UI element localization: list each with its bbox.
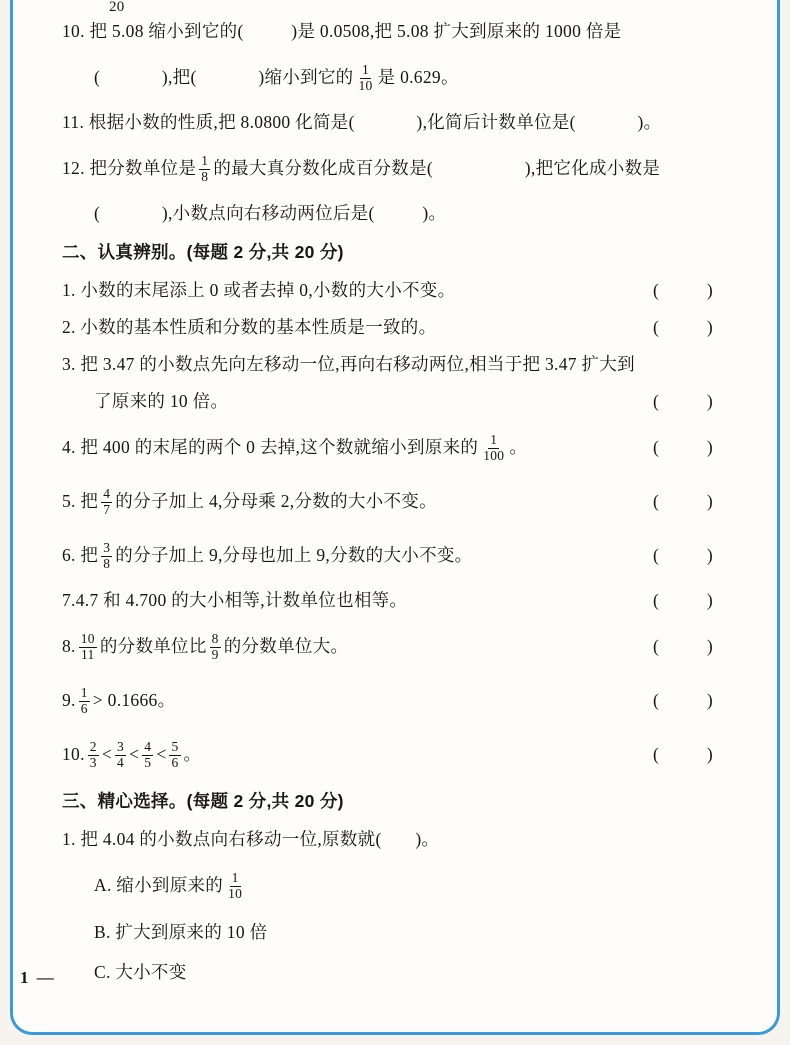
fraction-denominator: 8 [101, 557, 112, 572]
tf-10: 10.23 < 34 < 45 < 56。() [62, 727, 713, 781]
text-run: 20 [109, 0, 125, 13]
open-paren: ( [570, 111, 576, 134]
fraction: 89 [210, 632, 221, 663]
fraction-denominator: 10 [356, 79, 374, 94]
tf-8: 8.1011的分数单位比89的分数单位大。() [62, 619, 713, 673]
open-paren: ( [94, 66, 100, 89]
fraction-numerator: 3 [115, 740, 126, 756]
text-run: 的分数单位大。 [224, 635, 349, 658]
text-run: > 0.1666。 [93, 689, 176, 712]
line-segments: 三、精心选择。(每题 2 分,共 20 分) [62, 790, 344, 813]
tf-3-line2: 了原来的 10 倍。() [62, 383, 713, 420]
answer-blank: () [570, 111, 644, 134]
close-paren: ) [707, 436, 713, 459]
text-run: 是 0.0508,把 5.08 扩大到原来的 1000 倍是 [297, 20, 621, 43]
answer-blank: () [375, 828, 421, 851]
text-run: 的分子加上 4,分母乘 2,分数的大小不变。 [115, 490, 437, 513]
tf-3-line1: 3. 把 3.47 的小数点先向左移动一位,再向右移动两位,相当于把 3.47 … [62, 346, 713, 383]
tf-answer-parens: () [653, 743, 713, 766]
close-paren: ) [707, 390, 713, 413]
open-paren: ( [653, 544, 659, 567]
text-run: 6. 把 [62, 544, 98, 567]
line-segments: 7.4.7 和 4.700 的大小相等,计数单位也相等。 [62, 589, 407, 612]
fraction-denominator: 100 [481, 449, 506, 464]
text-run: 3. 把 3.47 的小数点先向左移动一位,再向右移动两位,相当于把 3.47 … [62, 353, 635, 376]
section3-header: 三、精心选择。(每题 2 分,共 20 分) [62, 781, 713, 821]
text-run: 的最大真分数化成百分数是 [213, 157, 427, 180]
q12-line1: 12. 把分数单位是18的最大真分数化成百分数是(),把它化成小数是 [62, 141, 713, 195]
text-run: 是 0.629。 [378, 66, 459, 89]
text-run: 4. 把 400 的末尾的两个 0 去掉,这个数就缩小到原来的 [62, 436, 478, 459]
text-run: 二、认真辨别。(每题 2 分,共 20 分) [62, 241, 344, 264]
line-segments: 了原来的 10 倍。 [94, 390, 228, 413]
text-run: 1. 把 4.04 的小数点向右移动一位,原数就 [62, 828, 375, 851]
fragment-prev-denominator: 20 [62, 0, 713, 13]
line-segments: 1. 小数的末尾添上 0 或者去掉 0,小数的大小不变。 [62, 279, 455, 302]
text-run: 9. [62, 689, 76, 712]
text-run: 缩小到它的 [264, 66, 353, 89]
fraction: 56 [169, 740, 180, 771]
line-segments: 10.23 < 34 < 45 < 56。 [62, 738, 201, 771]
fraction-denominator: 3 [88, 756, 99, 771]
answer-blank: () [427, 157, 531, 180]
open-paren: ( [190, 66, 196, 89]
tf-1: 1. 小数的末尾添上 0 或者去掉 0,小数的大小不变。() [62, 272, 713, 309]
fraction-numerator: 1 [79, 686, 90, 702]
close-paren: ) [707, 589, 713, 612]
fraction: 34 [115, 740, 126, 771]
close-paren: ) [707, 316, 713, 339]
answer-blank: () [349, 111, 423, 134]
line-segments: 3. 把 3.47 的小数点先向左移动一位,再向右移动两位,相当于把 3.47 … [62, 353, 635, 376]
fraction-denominator: 8 [199, 170, 210, 185]
text-run: ,把它化成小数是 [531, 157, 660, 180]
fraction: 23 [88, 740, 99, 771]
text-run: 11. 根据小数的性质,把 8.0800 化简是 [62, 111, 349, 134]
fraction: 1011 [79, 632, 97, 663]
fraction-numerator: 5 [169, 740, 180, 756]
open-paren: ( [368, 202, 374, 225]
text-run: 。 [428, 202, 446, 225]
page-frame: 2010. 把 5.08 缩小到它的()是 0.0508,把 5.08 扩大到原… [10, 0, 780, 1035]
worksheet-page: 2010. 把 5.08 缩小到它的()是 0.0508,把 5.08 扩大到原… [0, 0, 790, 1045]
text-run: 。 [184, 743, 202, 766]
open-paren: ( [237, 20, 243, 43]
fraction: 1100 [481, 433, 506, 464]
tf-answer-parens: () [653, 390, 713, 413]
open-paren: ( [653, 589, 659, 612]
open-paren: ( [653, 689, 659, 712]
text-run: 12. 把分数单位是 [62, 157, 196, 180]
open-paren: ( [349, 111, 355, 134]
line-segments: 9.16 > 0.1666。 [62, 684, 175, 717]
line-segments: 6. 把38的分子加上 9,分母也加上 9,分数的大小不变。 [62, 539, 472, 572]
line-segments: (),小数点向右移动两位后是()。 [94, 202, 446, 225]
q10-line2: (),把()缩小到它的110是 0.629。 [62, 50, 713, 104]
fraction-numerator: 3 [101, 541, 112, 557]
fraction-denominator: 5 [142, 756, 153, 771]
fraction-denominator: 4 [115, 756, 126, 771]
answer-blank: () [94, 202, 168, 225]
close-paren: ) [707, 689, 713, 712]
fraction-denominator: 10 [226, 887, 244, 902]
tf-answer-parens: () [653, 316, 713, 339]
tf-answer-parens: () [653, 635, 713, 658]
close-paren: ) [707, 743, 713, 766]
text-run: C. 大小不变 [94, 961, 187, 984]
line-segments: B. 扩大到原来的 10 倍 [94, 921, 267, 944]
tf-answer-parens: () [653, 689, 713, 712]
open-paren: ( [375, 828, 381, 851]
text-run: ,化简后计数单位是 [423, 111, 570, 134]
text-run: < [156, 743, 166, 766]
text-run: 2. 小数的基本性质和分数的基本性质是一致的。 [62, 316, 436, 339]
q11: 11. 根据小数的性质,把 8.0800 化简是(),化简后计数单位是()。 [62, 104, 713, 141]
line-segments: A. 缩小到原来的110 [94, 869, 247, 902]
page-number: 1 — [20, 968, 56, 988]
fraction-numerator: 1 [360, 63, 371, 79]
line-segments: 二、认真辨别。(每题 2 分,共 20 分) [62, 241, 344, 264]
fraction-denominator: 6 [169, 756, 180, 771]
fraction: 45 [142, 740, 153, 771]
open-paren: ( [653, 279, 659, 302]
text-run: 10. 把 5.08 缩小到它的 [62, 20, 237, 43]
mc-1-option-c: C. 大小不变 [62, 952, 713, 992]
fraction-numerator: 10 [79, 632, 97, 648]
mc-1: 1. 把 4.04 的小数点向右移动一位,原数就()。 [62, 821, 713, 858]
text-run: 。 [644, 111, 662, 134]
text-run: 的分数单位比 [100, 635, 207, 658]
line-segments: 20 [109, 0, 125, 13]
text-run: 5. 把 [62, 490, 98, 513]
text-run: 1. 小数的末尾添上 0 或者去掉 0,小数的大小不变。 [62, 279, 455, 302]
fraction-denominator: 7 [101, 503, 112, 518]
tf-answer-parens: () [653, 490, 713, 513]
text-run: 10. [62, 743, 85, 766]
mc-1-option-b: B. 扩大到原来的 10 倍 [62, 912, 713, 952]
tf-5: 5. 把47的分子加上 4,分母乘 2,分数的大小不变。() [62, 474, 713, 528]
line-segments: 5. 把47的分子加上 4,分母乘 2,分数的大小不变。 [62, 485, 437, 518]
tf-2: 2. 小数的基本性质和分数的基本性质是一致的。() [62, 309, 713, 346]
text-run: 8. [62, 635, 76, 658]
open-paren: ( [653, 390, 659, 413]
fraction-numerator: 1 [230, 871, 241, 887]
line-segments: C. 大小不变 [94, 961, 187, 984]
line-segments: 11. 根据小数的性质,把 8.0800 化简是(),化简后计数单位是()。 [62, 111, 661, 134]
open-paren: ( [653, 316, 659, 339]
line-segments: 4. 把 400 的末尾的两个 0 去掉,这个数就缩小到原来的1100。 [62, 431, 527, 464]
close-paren: ) [707, 544, 713, 567]
fraction-denominator: 9 [210, 648, 221, 663]
fraction-numerator: 4 [101, 487, 112, 503]
text-run: ,小数点向右移动两位后是 [168, 202, 368, 225]
fraction: 47 [101, 487, 112, 518]
fraction: 110 [356, 63, 374, 94]
open-paren: ( [653, 743, 659, 766]
q12-line2: (),小数点向右移动两位后是()。 [62, 195, 713, 232]
text-run: 的分子加上 9,分母也加上 9,分数的大小不变。 [115, 544, 472, 567]
answer-blank: () [94, 66, 168, 89]
fraction: 16 [79, 686, 90, 717]
tf-answer-parens: () [653, 279, 713, 302]
text-run: 7.4.7 和 4.700 的大小相等,计数单位也相等。 [62, 589, 407, 612]
tf-7: 7.4.7 和 4.700 的大小相等,计数单位也相等。() [62, 582, 713, 619]
text-run: 。 [509, 436, 527, 459]
fraction: 38 [101, 541, 112, 572]
tf-answer-parens: () [653, 436, 713, 459]
q10-line1: 10. 把 5.08 缩小到它的()是 0.0508,把 5.08 扩大到原来的… [62, 13, 713, 50]
fraction-numerator: 8 [210, 632, 221, 648]
open-paren: ( [94, 202, 100, 225]
line-segments: 8.1011的分数单位比89的分数单位大。 [62, 630, 348, 663]
close-paren: ) [707, 279, 713, 302]
tf-9: 9.16 > 0.1666。() [62, 673, 713, 727]
tf-6: 6. 把38的分子加上 9,分母也加上 9,分数的大小不变。() [62, 528, 713, 582]
text-run: 了原来的 10 倍。 [94, 390, 228, 413]
line-segments: 10. 把 5.08 缩小到它的()是 0.0508,把 5.08 扩大到原来的… [62, 20, 621, 43]
text-run: 三、精心选择。(每题 2 分,共 20 分) [62, 790, 344, 813]
text-run: B. 扩大到原来的 10 倍 [94, 921, 267, 944]
text-run: < [102, 743, 112, 766]
text-run: < [129, 743, 139, 766]
section2-header: 二、认真辨别。(每题 2 分,共 20 分) [62, 232, 713, 272]
text-run: A. 缩小到原来的 [94, 874, 223, 897]
mc-1-option-a: A. 缩小到原来的110 [62, 858, 713, 912]
line-segments: 2. 小数的基本性质和分数的基本性质是一致的。 [62, 316, 436, 339]
fraction-numerator: 1 [199, 154, 210, 170]
answer-blank: () [190, 66, 264, 89]
text-run: ,把 [168, 66, 190, 89]
open-paren: ( [427, 157, 433, 180]
line-segments: 12. 把分数单位是18的最大真分数化成百分数是(),把它化成小数是 [62, 152, 660, 185]
line-segments: (),把()缩小到它的110是 0.629。 [94, 61, 459, 94]
tf-4: 4. 把 400 的末尾的两个 0 去掉,这个数就缩小到原来的1100。() [62, 420, 713, 474]
fraction-numerator: 2 [88, 740, 99, 756]
open-paren: ( [653, 490, 659, 513]
open-paren: ( [653, 635, 659, 658]
text-run: 。 [421, 828, 439, 851]
answer-blank: () [237, 20, 297, 43]
fraction-numerator: 1 [488, 433, 499, 449]
fraction: 18 [199, 154, 210, 185]
line-segments: 1. 把 4.04 的小数点向右移动一位,原数就()。 [62, 828, 439, 851]
worksheet-content: 2010. 把 5.08 缩小到它的()是 0.0508,把 5.08 扩大到原… [13, 0, 777, 992]
open-paren: ( [653, 436, 659, 459]
answer-blank: () [368, 202, 428, 225]
tf-answer-parens: () [653, 544, 713, 567]
tf-answer-parens: () [653, 589, 713, 612]
close-paren: ) [707, 490, 713, 513]
fraction: 110 [226, 871, 244, 902]
close-paren: ) [707, 635, 713, 658]
fraction-denominator: 11 [79, 648, 97, 663]
fraction-denominator: 6 [79, 702, 90, 717]
fraction-numerator: 4 [142, 740, 153, 756]
